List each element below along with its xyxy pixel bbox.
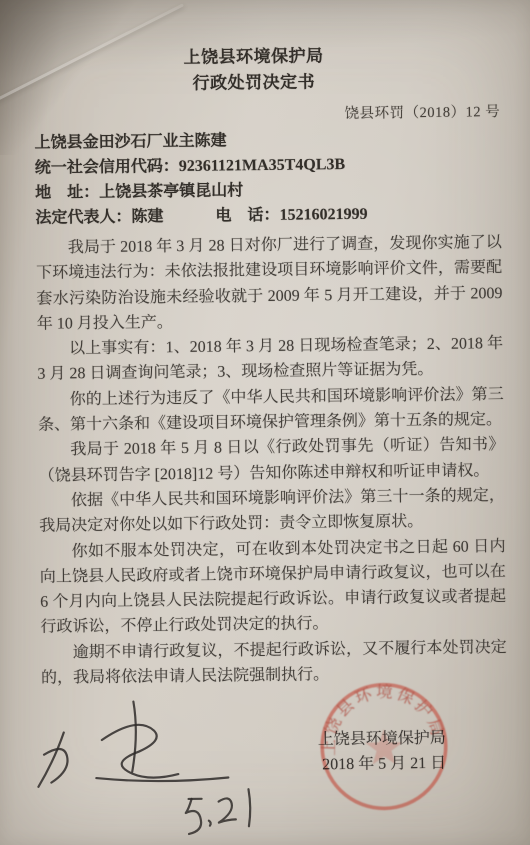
handwritten-signature [19, 686, 261, 844]
address-value: 上饶县茶亭镇昆山村 [99, 182, 243, 201]
legal-rep-label: 法定代表人： [35, 209, 131, 227]
handwritten-date [185, 789, 250, 834]
seal-star-icon [365, 729, 403, 765]
document-sheet: 上饶县环境保护局 行政处罚决定书 饶县环罚（2018）12 号 上饶县金田沙石厂… [0, 0, 530, 845]
body-paragraph: 你的上述行为违反了《中华人民共和国环境影响评价法》第三条、第十六条和《建设项目环… [38, 382, 505, 438]
body-paragraph: 你如不服本处罚决定，可在收到本处罚决定书之日起 60 日内向上饶县人民政府或者上… [39, 534, 506, 641]
seal-graphic: 上饶县环境保护局 [313, 676, 455, 818]
photographed-document: { "document": { "header": { "title_line1… [0, 0, 530, 845]
doc-number: 饶县环罚（2018）12 号 [34, 100, 500, 127]
title-doc-type-line: 行政处罚决定书 [21, 67, 487, 99]
legal-rep-pair: 法定代表人：陈建 [35, 204, 163, 231]
legal-rep-line: 法定代表人：陈建 电 话：15216021999 [35, 200, 501, 231]
document-title: 上饶县环境保护局 行政处罚决定书 [20, 41, 487, 99]
body-paragraph: 依据《中华人民共和国环境影响评价法》第三十一条的规定，我局决定对你处以如下行政处… [39, 483, 506, 539]
phone-pair: 电 话：15216021999 [215, 202, 367, 229]
address-label: 地 址： [35, 184, 99, 202]
credit-code-value: 92361121MA35T4QL3B [179, 156, 345, 175]
signature-strokes [19, 686, 261, 839]
body-paragraph: 我局于 2018 年 3 月 28 日对你厂进行了调查，发现你实施了以下环境违法… [36, 230, 503, 337]
legal-rep-value: 陈建 [131, 208, 163, 225]
body-paragraph: 我局于 2018 年 5 月 8 日以《行政处罚事先（听证）告知书》（饶县环罚告… [38, 432, 505, 488]
phone-label: 电 话： [215, 207, 279, 225]
body-paragraph: 以上事实有：1、2018 年 3 月 28 日现场检查笔录；2、2018 年 3… [37, 331, 504, 387]
official-seal: 上饶县环境保护局 [313, 676, 455, 818]
credit-code-label: 统一社会信用代码： [35, 158, 179, 177]
document-body: 我局于 2018 年 3 月 28 日对你厂进行了调查，发现你实施了以下环境违法… [36, 230, 508, 691]
recipient-info-block: 上饶县金田沙石厂业主陈建 统一社会信用代码：92361121MA35T4QL3B… [34, 125, 501, 231]
phone-value: 15216021999 [279, 206, 367, 224]
